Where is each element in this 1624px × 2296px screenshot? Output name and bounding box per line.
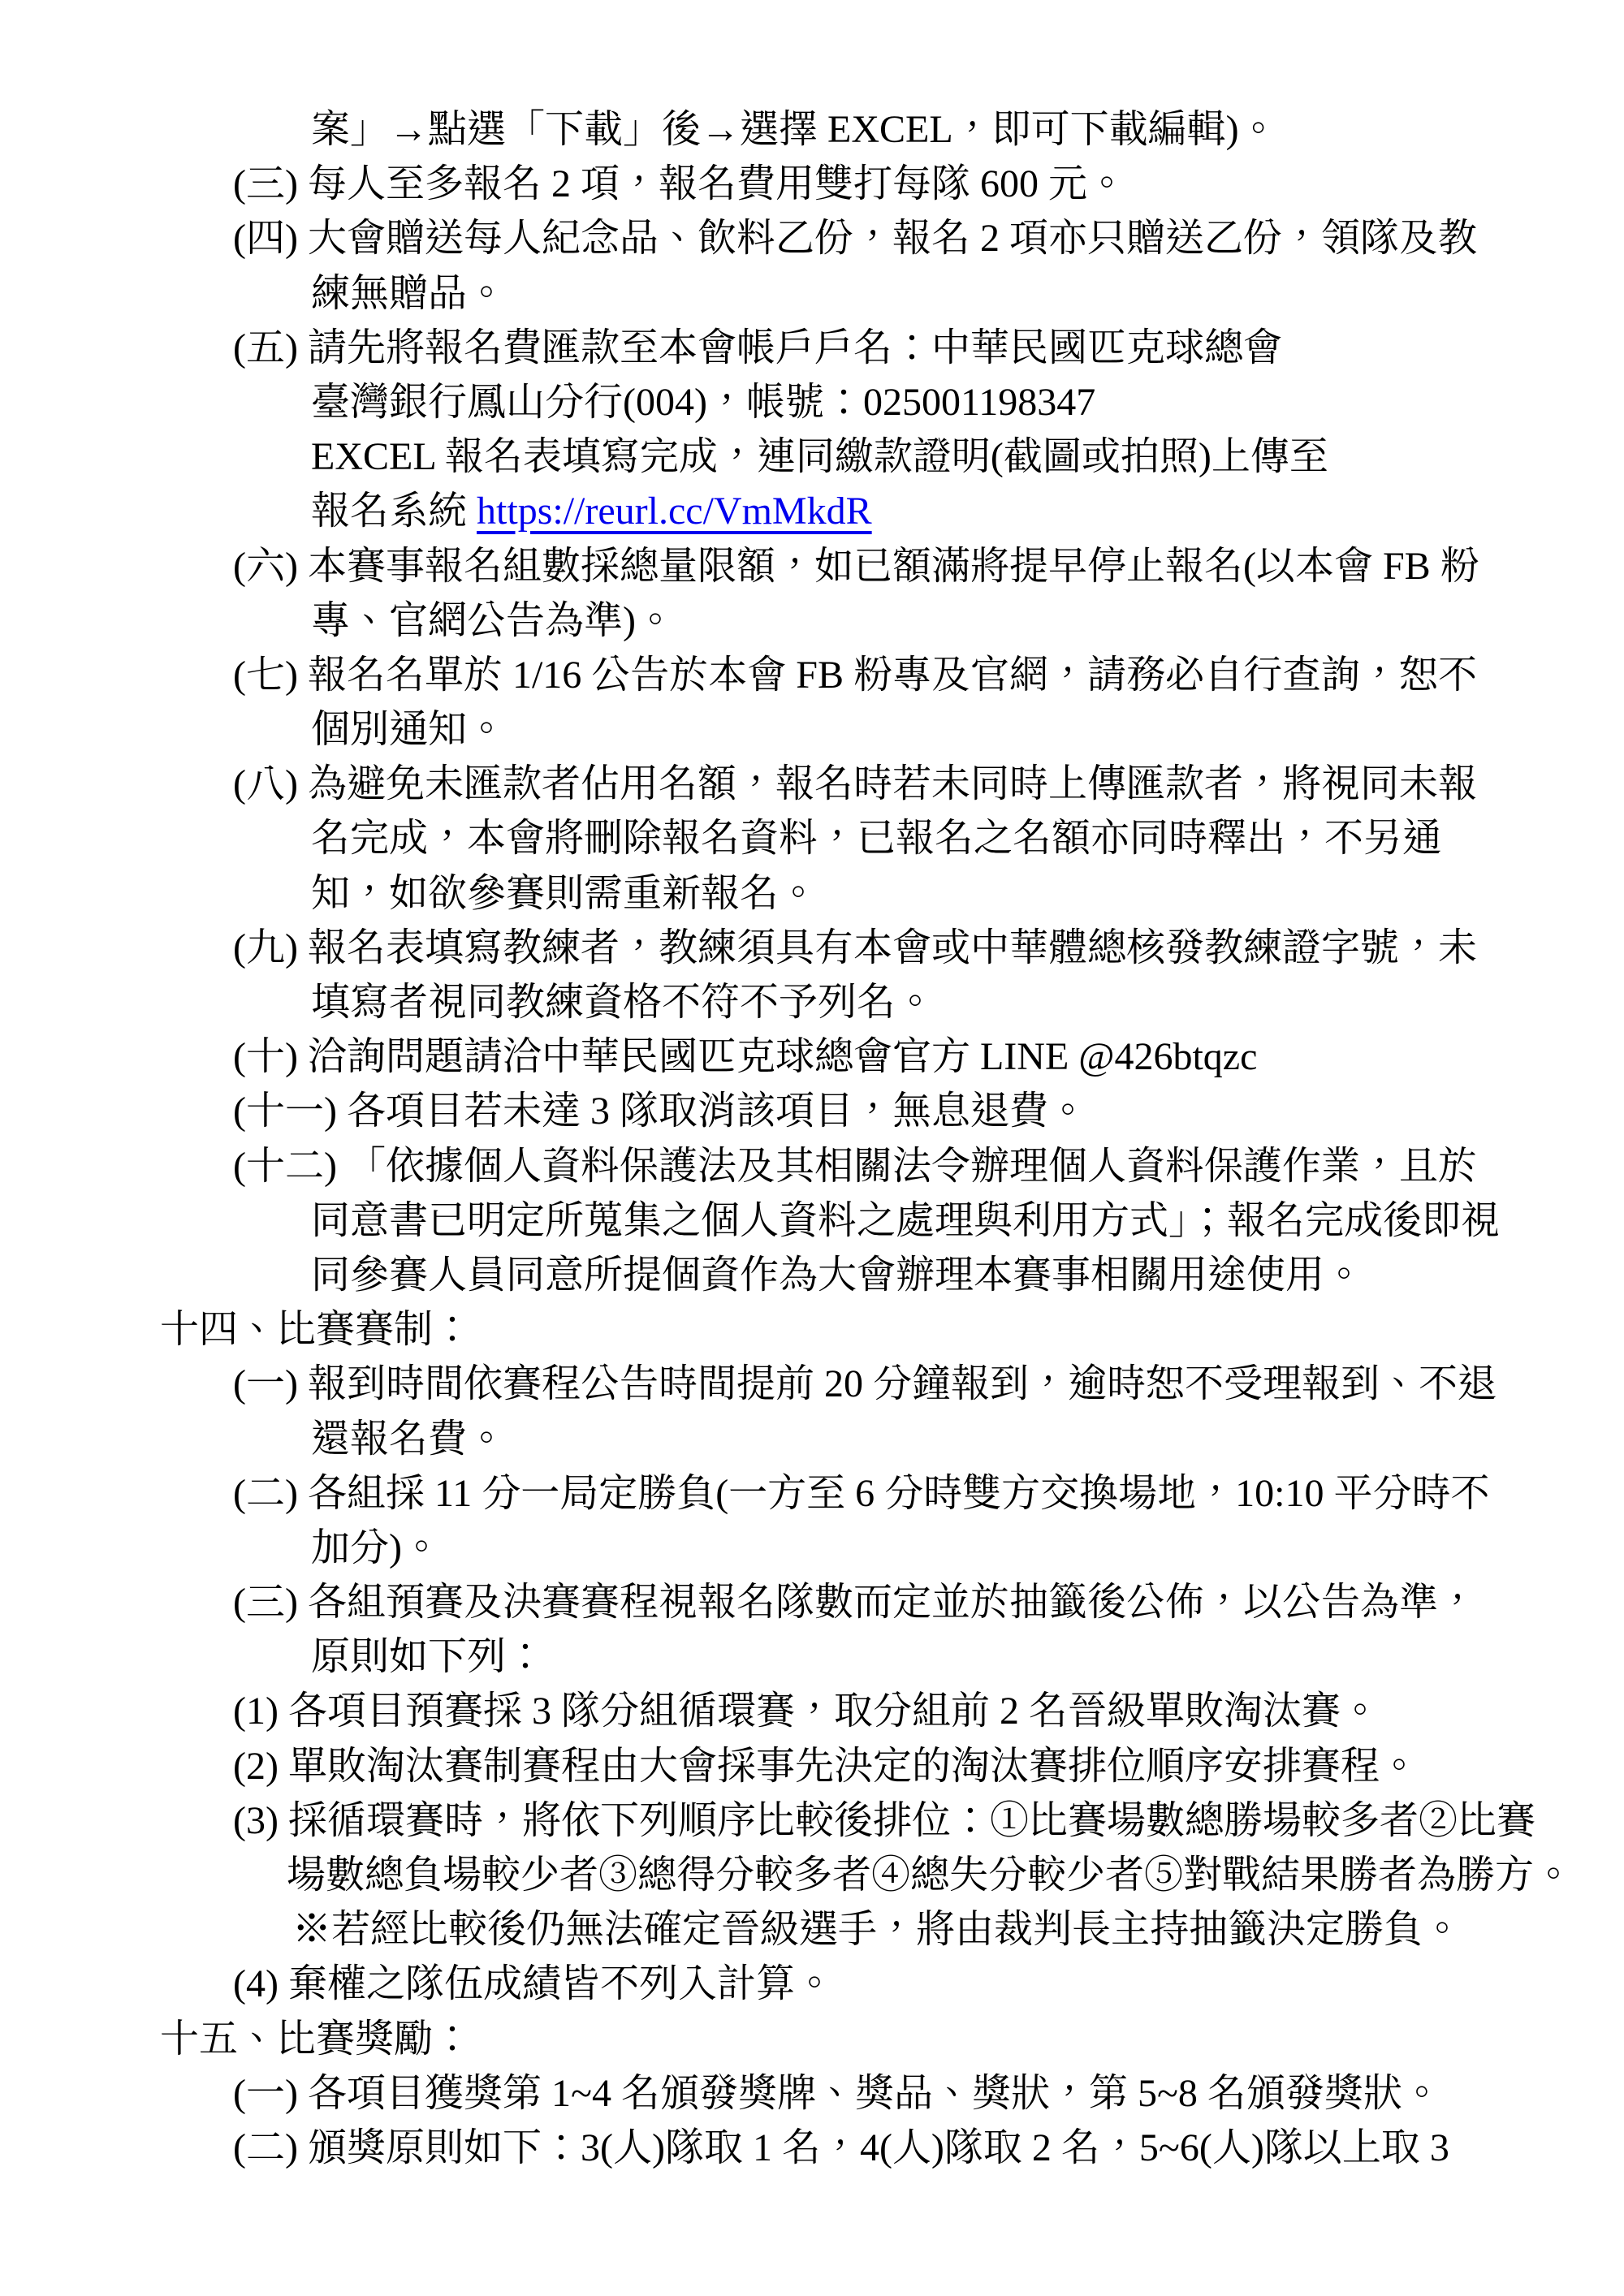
document-line: 同參賽人員同意所提個資作為大會辦理本賽事相關用途使用。 [0, 1248, 1624, 1302]
document-line: (四) 大會贈送每人紀念品、飲料乙份，報名 2 項亦只贈送乙份，領隊及教 [0, 211, 1624, 265]
document-line: 還報名費。 [0, 1412, 1624, 1466]
document-line: 加分)。 [0, 1521, 1624, 1575]
document-line: (九) 報名表填寫教練者，教練須具有本會或中華體總核發教練證字號，未 [0, 921, 1624, 975]
document-line: 報名系統 https://reurl.cc/VmMkdR [0, 484, 1624, 538]
document-line: (五) 請先將報名費匯款至本會帳戶戶名：中華民國匹克球總會 [0, 321, 1624, 375]
document-line: 填寫者視同教練資格不符不予列名。 [0, 975, 1624, 1029]
document-line: 案」→點選「下載」後→選擇 EXCEL，即可下載編輯)。 [0, 102, 1624, 157]
document-line: (2) 單敗淘汰賽制賽程由大會採事先決定的淘汰賽排位順序安排賽程。 [0, 1739, 1624, 1793]
document-line: 臺灣銀行鳳山分行(004)，帳號：025001198347 [0, 375, 1624, 429]
document-line: (十一) 各項目若未達 3 隊取消該項目，無息退費。 [0, 1084, 1624, 1138]
document-line: ※若經比較後仍無法確定晉級選手，將由裁判長主持抽籤決定勝負。 [0, 1902, 1624, 1957]
document-line: 名完成，本會將刪除報名資料，已報名之名額亦同時釋出，不另通 [0, 811, 1624, 865]
document-lines: 案」→點選「下載」後→選擇 EXCEL，即可下載編輯)。(三) 每人至多報名 2… [0, 102, 1624, 2175]
document-line: EXCEL 報名表填寫完成，連同繳款證明(截圖或拍照)上傳至 [0, 429, 1624, 484]
document-line: (一) 各項目獲獎第 1~4 名頒發獎牌、獎品、獎狀，第 5~8 名頒發獎狀。 [0, 2066, 1624, 2121]
document-line: 知，如欲參賽則需重新報名。 [0, 866, 1624, 921]
document-line: (八) 為避免未匯款者佔用名額，報名時若未同時上傳匯款者，將視同未報 [0, 757, 1624, 811]
document-line: 個別通知。 [0, 702, 1624, 757]
document-line: 專、官網公告為準)。 [0, 593, 1624, 648]
document-line: (二) 各組採 11 分一局定勝負(一方至 6 分時雙方交換場地，10:10 平… [0, 1466, 1624, 1521]
document-line: (十二) 「依據個人資料保護法及其相關法令辦理個人資料保護作業，且於 [0, 1139, 1624, 1193]
document-line: (1) 各項目預賽採 3 隊分組循環賽，取分組前 2 名晉級單敗淘汰賽。 [0, 1684, 1624, 1738]
document-line: (4) 棄權之隊伍成績皆不列入計算。 [0, 1957, 1624, 2011]
document-line: 十五、比賽獎勵： [0, 2012, 1624, 2066]
document-page: 案」→點選「下載」後→選擇 EXCEL，即可下載編輯)。(三) 每人至多報名 2… [0, 0, 1624, 2296]
document-line: 同意書已明定所蒐集之個人資料之處理與利用方式」；報名完成後即視 [0, 1193, 1624, 1248]
document-line: (3) 採循環賽時，將依下列順序比較後排位：①比賽場數總勝場較多者②比賽 [0, 1793, 1624, 1848]
document-line: 場數總負場較少者③總得分較多者④總失分較少者⑤對戰結果勝者為勝方。 [0, 1848, 1624, 1902]
registration-link[interactable]: https://reurl.cc/VmMkdR [477, 490, 872, 533]
document-line: (三) 各組預賽及決賽賽程視報名隊數而定並於抽籤後公佈，以公告為準， [0, 1575, 1624, 1629]
document-line: 練無贈品。 [0, 266, 1624, 321]
link-prefix-text: 報名系統 [311, 490, 477, 533]
document-line: (六) 本賽事報名組數採總量限額，如已額滿將提早停止報名(以本會 FB 粉 [0, 539, 1624, 593]
document-line: (三) 每人至多報名 2 項，報名費用雙打每隊 600 元。 [0, 157, 1624, 211]
document-line: (七) 報名名單於 1/16 公告於本會 FB 粉專及官網，請務必自行查詢，恕不 [0, 648, 1624, 702]
document-line: (二) 頒獎原則如下：3(人)隊取 1 名，4(人)隊取 2 名，5~6(人)隊… [0, 2121, 1624, 2175]
document-line: 十四、比賽賽制： [0, 1302, 1624, 1357]
document-line: 原則如下列： [0, 1629, 1624, 1684]
document-line: (一) 報到時間依賽程公告時間提前 20 分鐘報到，逾時恕不受理報到、不退 [0, 1357, 1624, 1411]
document-line: (十) 洽詢問題請洽中華民國匹克球總會官方 LINE @426btqzc [0, 1029, 1624, 1084]
